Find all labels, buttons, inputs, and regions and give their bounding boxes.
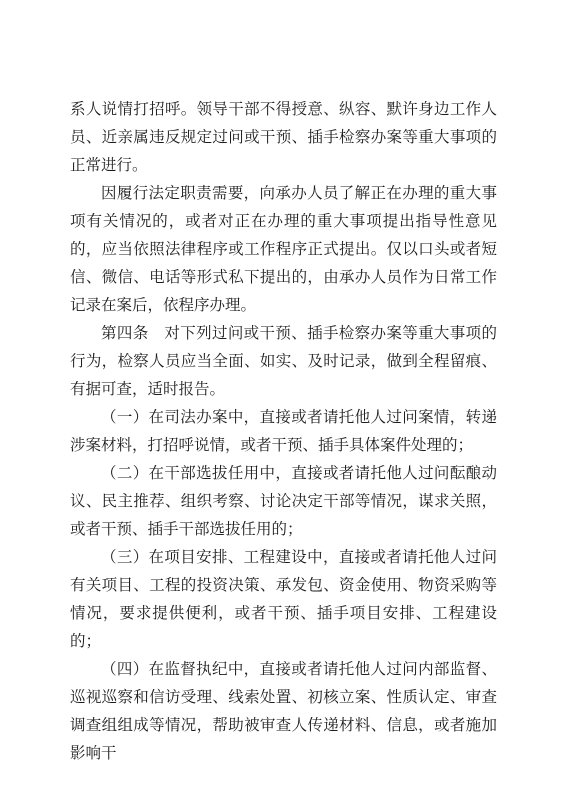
- paragraph-law-procedure: 因履行法定职责需要，向承办人员了解正在办理的重大事项有关情况的，或者对正在办理的…: [70, 179, 497, 319]
- paragraph-item-1: （一）在司法办案中，直接或者请托他人过问案情，转递涉案材料，打招呼说情，或者干预…: [70, 403, 497, 459]
- paragraph-article-4: 第四条 对下列过问或干预、插手检察办案等重大事项的行为，检察人员应当全面、如实、…: [70, 319, 497, 403]
- paragraph-item-3: （三）在项目安排、工程建设中，直接或者请托他人过问有关项目、工程的投资决策、承发…: [70, 543, 497, 655]
- paragraph-item-4: （四）在监督执纪中，直接或者请托他人过问内部监督、巡视巡察和信访受理、线索处置、…: [70, 655, 497, 767]
- document-body: 系人说情打招呼。领导干部不得授意、纵容、默许身边工作人员、近亲属违反规定过问或干…: [70, 95, 497, 767]
- document-page: 系人说情打招呼。领导干部不得授意、纵容、默许身边工作人员、近亲属违反规定过问或干…: [0, 0, 565, 800]
- paragraph-continuation: 系人说情打招呼。领导干部不得授意、纵容、默许身边工作人员、近亲属违反规定过问或干…: [70, 95, 497, 179]
- paragraph-item-2: （二）在干部选拔任用中，直接或者请托他人过问酝酿动议、民主推荐、组织考察、讨论决…: [70, 459, 497, 543]
